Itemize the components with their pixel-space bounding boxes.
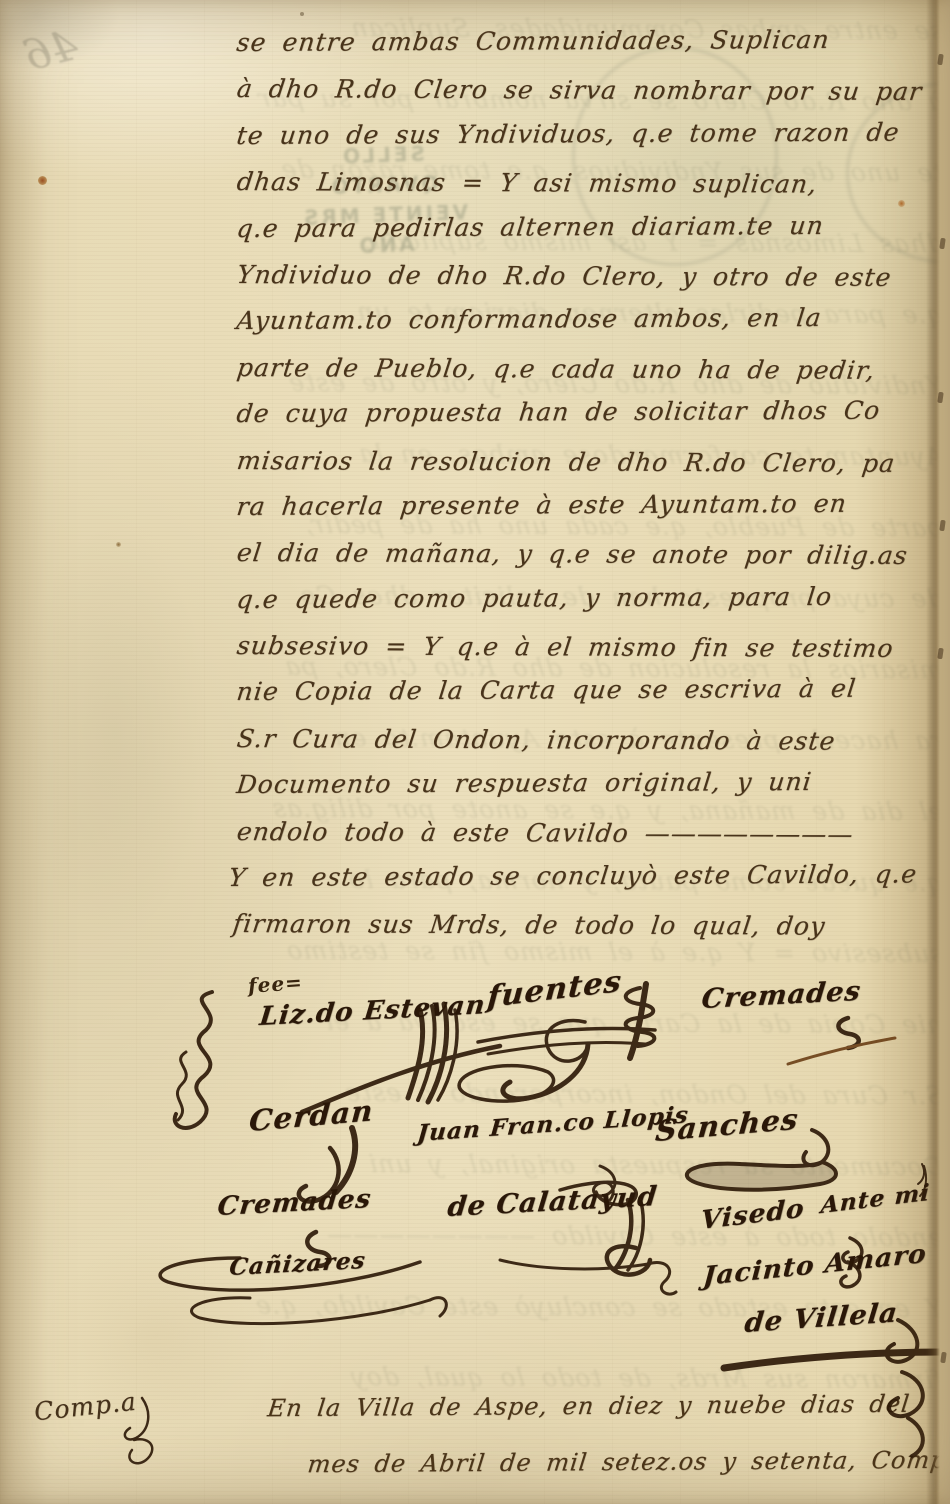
manuscript-page: se entre ambas Communidades, Suplicanà d… (0, 0, 950, 1504)
manuscript-line: Ayuntam.to conformandose ambos, en la (233, 303, 950, 353)
foxing-speck (38, 176, 47, 185)
flourish-fuentes (503, 1044, 588, 1099)
manuscript-line: te uno de sus Yndividuos, q.e tome razon… (233, 117, 950, 167)
manuscript-line: Y en este estado se concluyò este Cavild… (225, 859, 950, 909)
manuscript-line: parte de Pueblo, q.e cada uno ha de pedi… (233, 353, 950, 403)
flourish-cremades (788, 1038, 895, 1064)
foxing-speck (116, 542, 121, 547)
foxing-speck (300, 12, 304, 16)
flourish-canizares (191, 1298, 430, 1324)
signature: Jacinto Amaro (702, 1239, 928, 1292)
page-edge (926, 0, 950, 1504)
signature: Cañizares (228, 1247, 367, 1281)
flourish-fuentes (488, 1042, 645, 1054)
manuscript-line: el dia de mañana, y q.e se anote por dil… (233, 538, 950, 588)
flourish-calatayud (500, 1260, 648, 1269)
flourish-fuentes (546, 1020, 588, 1061)
flourish-sanches (687, 1162, 836, 1190)
manuscript-line: ra hacerla presente à este Ayuntam.to en (233, 488, 950, 538)
flourish-sanches (803, 1130, 828, 1165)
manuscript-line: dhas Limosnas = Y asi mismo suplican, (233, 167, 950, 217)
signature: Cremades (216, 1184, 373, 1222)
manuscript-line: q.e para pedirlas alternen diariam.te un (233, 210, 950, 260)
signature: Cerdan (248, 1093, 375, 1138)
flourish-canizares (430, 1298, 446, 1316)
signature: de Villela (743, 1297, 899, 1339)
flourish-margin-mark (129, 1439, 152, 1463)
signature: Cremades (700, 976, 863, 1015)
signature: fuentes (486, 964, 623, 1015)
flourish-villela (724, 1352, 940, 1368)
flourish-cremades (838, 1018, 858, 1048)
flourish-cerdan (336, 1128, 355, 1192)
flourish-calatayud (648, 1263, 676, 1295)
manuscript-line: à dho R.do Clero se sirva nombrar por su… (233, 74, 950, 124)
closing-line: mes de Abril de mil setez.os y setenta, … (306, 1446, 950, 1479)
flourish-paraph (175, 992, 212, 1128)
manuscript-line: nie Copia de la Carta que se escriva à e… (233, 674, 950, 724)
flourish-estevan (459, 1066, 553, 1101)
signature: Juan Fran.co Llopis (416, 1101, 690, 1147)
flourish-fuentes (630, 984, 646, 1058)
signature: Ante mi (820, 1179, 931, 1219)
manuscript-line: q.e quede como pauta, y norma, para lo (233, 581, 950, 631)
paper-stain (20, 520, 210, 940)
manuscript-line: misarios la resolucion de dho R.do Clero… (233, 446, 950, 496)
manuscript-body: se entre ambas Communidades, Suplicanà d… (233, 28, 949, 956)
manuscript-line: se entre ambas Communidades, Suplican (233, 24, 950, 74)
flourish-estevan (438, 1010, 457, 1100)
flourish-paraph (177, 1052, 186, 1120)
signature: Liz.do Estevan (258, 990, 487, 1032)
flourish-fuentes (626, 988, 655, 1046)
flourish-fuentes (478, 1029, 655, 1043)
manuscript-line: de cuya propuesta han de solicitar dhos … (233, 395, 950, 445)
margin-note: Comp.a (33, 1387, 138, 1427)
manuscript-line: firmaron sus Mrds, de todo lo qual, doy (229, 909, 950, 959)
manuscript-line: Documento su respuesta original, y uni (233, 767, 950, 817)
attestation-mark: fee= (247, 970, 303, 998)
signature: Visedo (700, 1194, 805, 1236)
manuscript-line: endolo todo à este Cavildo ———————— (233, 817, 950, 867)
closing-line: En la Villa de Aspe, en diez y nuebe dia… (266, 1390, 911, 1422)
flourish-calatayud (607, 1246, 650, 1274)
signature: de Calatayud (446, 1181, 659, 1223)
